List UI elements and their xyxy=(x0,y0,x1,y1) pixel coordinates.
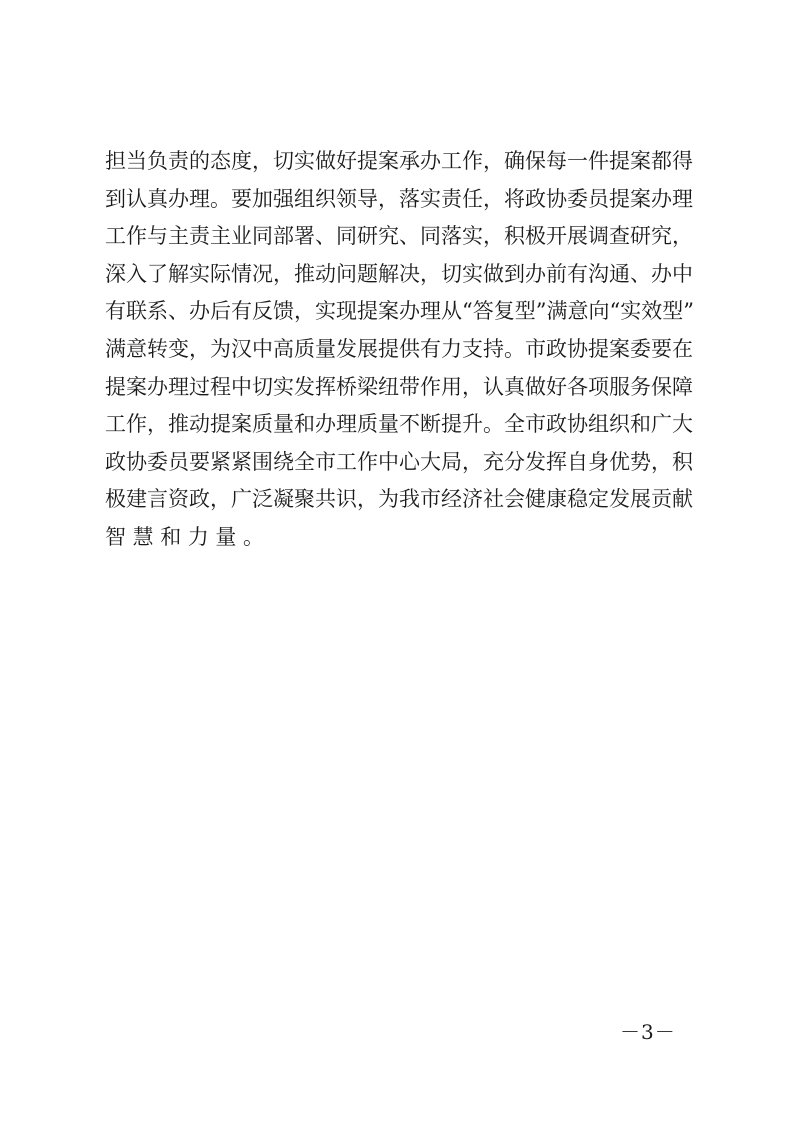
body-paragraph: 担当负责的态度，切实做好提案承办工作，确保每一件提案都得 到认真办理。要加强组织… xyxy=(105,143,705,557)
paragraph-line-3: 工作与主责主业同部署、同研究、同落实，积极开展调查研究， xyxy=(105,218,693,256)
paragraph-line-11: 智慧和力量。 xyxy=(105,519,693,557)
paragraph-line-2: 到认真办理。要加强组织领导，落实责任，将政协委员提案办理 xyxy=(105,181,693,219)
paragraph-line-7: 提案办理过程中切实发挥桥梁纽带作用，认真做好各项服务保障 xyxy=(105,369,693,407)
paragraph-line-6: 满意转变，为汉中高质量发展提供有力支持。市政协提案委要在 xyxy=(105,331,693,369)
paragraph-line-4: 深入了解实际情况，推动问题解决，切实做到办前有沟通、办中 xyxy=(105,256,693,294)
document-page: 担当负责的态度，切实做好提案承办工作，确保每一件提案都得 到认真办理。要加强组织… xyxy=(0,0,793,1122)
paragraph-line-10: 极建言资政，广泛凝聚共识，为我市经济社会健康稳定发展贡献 xyxy=(105,481,693,519)
paragraph-line-5: 有联系、办后有反馈，实现提案办理从“答复型”满意向“实效型” xyxy=(105,293,693,331)
paragraph-line-9: 政协委员要紧紧围绕全市工作中心大局，充分发挥自身优势，积 xyxy=(105,444,693,482)
page-number: －3－ xyxy=(620,1016,676,1045)
paragraph-line-1: 担当负责的态度，切实做好提案承办工作，确保每一件提案都得 xyxy=(105,143,693,181)
paragraph-line-8: 工作，推动提案质量和办理质量不断提升。全市政协组织和广大 xyxy=(105,406,693,444)
